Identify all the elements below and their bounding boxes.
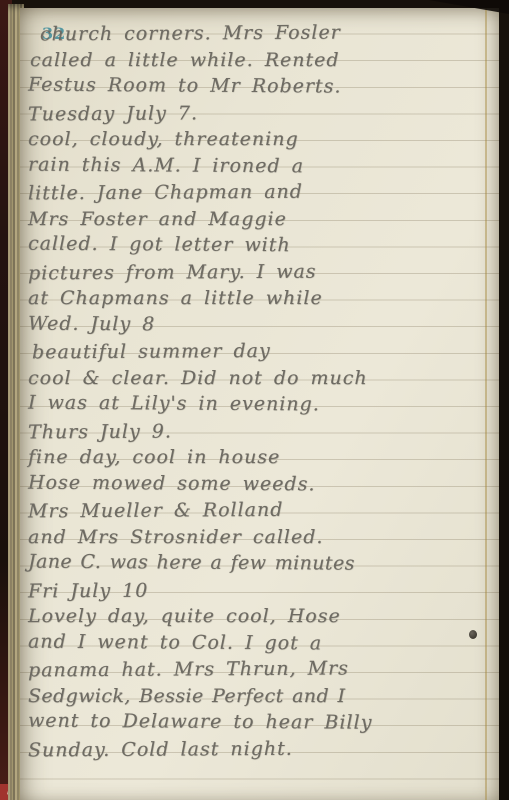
- handwriting-line: and I went to Col. I got a: [28, 628, 483, 657]
- diary-page: 32 church corners. Mrs Fosler called a l…: [20, 8, 499, 800]
- handwriting-line: Sunday. Cold last night.: [28, 734, 483, 763]
- handwriting-line: rain this A.M. I ironed a: [28, 151, 483, 180]
- handwriting-line: Mrs Mueller & Rolland: [28, 496, 483, 525]
- handwriting-line: Lovely day, quite cool, Hose: [28, 603, 483, 630]
- margin-rule-line: [485, 8, 487, 800]
- photo-corner-shadow: [429, 0, 509, 14]
- handwriting-line: pictures from Mary. I was: [28, 257, 483, 286]
- handwriting-line: and Mrs Strosnider called.: [28, 524, 483, 551]
- handwriting-line: Hose mowed some weeds.: [28, 469, 483, 498]
- handwriting-line: Tuesday July 7.: [28, 98, 483, 127]
- handwriting-line: panama hat. Mrs Thrun, Mrs: [28, 655, 483, 684]
- handwriting-line: Wed. July 8: [28, 310, 483, 339]
- diary-photo: 32 church corners. Mrs Fosler called a l…: [0, 0, 509, 800]
- ink-dot: [469, 630, 477, 639]
- handwriting-line: Sedgwick, Bessie Perfect and I: [28, 683, 483, 710]
- handwriting-line: little. Jane Chapman and: [28, 178, 483, 207]
- handwriting-line: fine day, cool in house: [28, 444, 483, 471]
- handwriting-line: Mrs Foster and Maggie: [28, 206, 483, 233]
- handwriting-line: Thurs July 9.: [28, 416, 483, 445]
- handwriting-line: I was at Lily's in evening.: [28, 390, 483, 419]
- handwriting-line: went to Delaware to hear Billy: [28, 708, 483, 737]
- handwriting-line: cool, cloudy, threatening: [28, 126, 483, 153]
- handwriting-line: beautiful summer day: [32, 337, 483, 366]
- handwriting-line: cool & clear. Did not do much: [28, 365, 483, 392]
- handwriting-line: Jane C. was here a few minutes: [28, 549, 483, 578]
- handwriting-line: church corners. Mrs Fosler: [40, 19, 483, 48]
- handwriting-line: Fri July 10: [28, 575, 483, 604]
- handwriting-line: called. I got letter with: [28, 231, 483, 260]
- handwriting-line: called a little while. Rented: [30, 47, 483, 74]
- handwritten-content: church corners. Mrs Fosler called a litt…: [28, 12, 483, 800]
- handwriting-line: at Chapmans a little while: [28, 285, 483, 312]
- handwriting-line: Festus Room to Mr Roberts.: [28, 72, 483, 101]
